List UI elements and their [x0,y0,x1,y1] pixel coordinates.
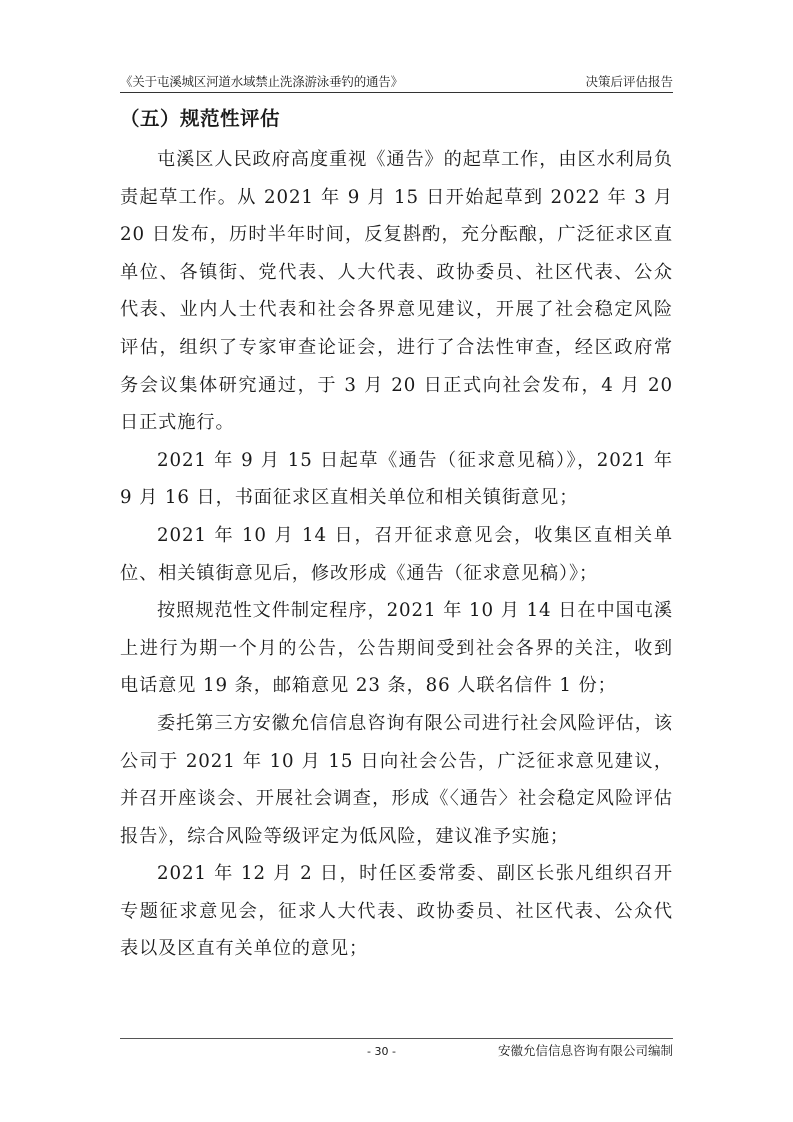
header-document-title: 《关于屯溪城区河道水域禁止洗涤游泳垂钓的通告》 [120,72,403,92]
page-number: - 30 - [367,1043,396,1061]
header-report-type: 决策后评估报告 [585,72,673,92]
paragraph-drafting: 2021 年 9 月 15 日起草《通告（征求意见稿）》，2021 年 9 月 … [120,442,673,517]
body-text: 屯溪区人民政府高度重视《通告》的起草工作，由区水利局负责起草工作。从 2021 … [120,141,673,968]
footer-organization: 安徽允信信息咨询有限公司编制 [498,1042,673,1060]
paragraph-overview: 屯溪区人民政府高度重视《通告》的起草工作，由区水利局负责起草工作。从 2021 … [120,141,673,442]
paragraph-public-notice: 按照规范性文件制定程序，2021 年 10 月 14 日在中国屯溪上进行为期一个… [120,592,673,705]
page-header: 《关于屯溪城区河道水域禁止洗涤游泳垂钓的通告》 决策后评估报告 [120,70,673,93]
paragraph-risk-assessment: 委托第三方安徽允信信息咨询有限公司进行社会风险评估，该公司于 2021 年 10… [120,705,673,855]
section-heading: （五）规范性评估 [120,106,280,132]
paragraph-special-meeting: 2021 年 12 月 2 日，时任区委常委、副区长张凡组织召开专题征求意见会，… [120,855,673,968]
paragraph-consultation-meeting: 2021 年 10 月 14 日，召开征求意见会，收集区直相关单位、相关镇街意见… [120,517,673,592]
page-footer: - 30 - 安徽允信信息咨询有限公司编制 [120,1038,673,1039]
